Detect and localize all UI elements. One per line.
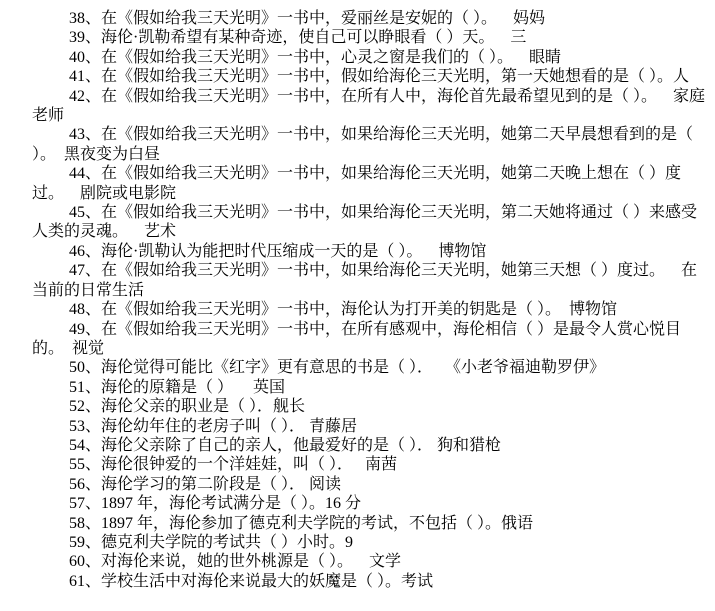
document-page: 38、在《假如给我三天光明》一书中，爱丽丝是安妮的（ ）。 妈妈 39、海伦·凯… — [0, 0, 715, 611]
question-separator: 、 — [85, 456, 101, 473]
question-number: 47 — [69, 262, 85, 279]
question-item: 53、海伦幼年住的老房子叫（ ）． 青藤居 — [32, 417, 711, 436]
question-separator: 、 — [85, 495, 101, 512]
question-text: 在《假如给我三天光明》一书中，海伦认为打开美的钥匙是（ ）。 — [101, 301, 561, 318]
question-item: 59、德克利夫学院的考试共（ ）小时。9 — [32, 533, 711, 552]
question-separator: 、 — [85, 301, 101, 318]
question-item: 42、在《假如给我三天光明》一书中，在所有人中，海伦首先最希望见到的是（ ）。 … — [32, 87, 711, 126]
question-text: 海伦·凯勒认为能把时代压缩成一天的是（ ）。 — [101, 243, 422, 260]
question-text: 在《假如给我三天光明》一书中，假如给海伦三天光明，第一天她想看的是（ ）。 — [101, 68, 673, 85]
question-item: 52、海伦父亲的职业是（ ）．舰长 — [32, 397, 711, 416]
answer-gap — [657, 88, 673, 105]
question-number: 52 — [69, 398, 85, 415]
question-answer: 9 — [345, 534, 353, 551]
question-separator: 、 — [85, 359, 101, 376]
question-answer: 黑夜变为白昼 — [64, 146, 160, 163]
answer-gap — [64, 185, 80, 202]
question-answer: 英国 — [253, 379, 285, 396]
question-text: 海伦觉得可能比《红字》更有意思的书是（ ）． — [101, 359, 433, 376]
question-answer: 视觉 — [72, 340, 104, 357]
question-number: 49 — [69, 321, 85, 338]
question-number: 43 — [69, 126, 85, 143]
question-text: 1897 年，海伦参加了德克利夫学院的考试，不包括（ ）。 — [101, 515, 501, 532]
answer-gap — [422, 243, 438, 260]
question-item: 41、在《假如给我三天光明》一书中，假如给海伦三天光明，第一天她想看的是（ ）。… — [32, 67, 711, 86]
answer-gap — [128, 223, 144, 240]
question-item: 54、海伦父亲除了自己的亲人，他最爱好的是（ ）． 狗和猎枪 — [32, 436, 711, 455]
question-answer: 考试 — [401, 573, 433, 590]
question-separator: 、 — [85, 534, 101, 551]
question-text: 在《假如给我三天光明》一书中，在所有人中，海伦首先最希望见到的是（ ）。 — [101, 88, 657, 105]
question-answer: 三 — [510, 29, 526, 46]
question-answer: 博物馆 — [438, 243, 486, 260]
answer-gap — [353, 553, 369, 570]
question-number: 40 — [69, 49, 85, 66]
question-separator: 、 — [85, 262, 101, 279]
question-answer: 妈妈 — [513, 10, 545, 27]
question-item: 55、海伦很钟爱的一个洋娃娃，叫（ ）． 南茜 — [32, 455, 711, 474]
question-number: 60 — [69, 553, 85, 570]
question-item: 61、学校生活中对海伦来说最大的妖魔是（ ）。考试 — [32, 572, 711, 591]
question-answer: 艺术 — [144, 223, 176, 240]
question-answer: 文学 — [369, 553, 401, 570]
question-number: 46 — [69, 243, 85, 260]
question-answer: 16 分 — [325, 495, 361, 512]
question-answer: 博物馆 — [569, 301, 617, 318]
question-item: 45、在《假如给我三天光明》一书中，如果给海伦三天光明，第二天她将通过（ ）来感… — [32, 203, 711, 242]
question-number: 57 — [69, 495, 85, 512]
question-item: 60、对海伦来说，她的世外桃源是（ ）。 文学 — [32, 552, 711, 571]
question-item: 58、1897 年，海伦参加了德克利夫学院的考试，不包括（ ）。俄语 — [32, 514, 711, 533]
answer-gap — [64, 340, 72, 357]
question-text: 1897 年，海伦考试满分是（ ）。 — [101, 495, 325, 512]
question-text: 在《假如给我三天光明》一书中，在所有感观中，海伦相信（ ）是最令人赏心悦目的。 — [32, 321, 681, 357]
question-text: 学校生活中对海伦来说最大的妖魔是（ ）。 — [101, 573, 401, 590]
question-answer: 人 — [673, 68, 689, 85]
question-separator: 、 — [85, 68, 101, 85]
answer-gap — [494, 29, 510, 46]
question-separator: 、 — [85, 88, 101, 105]
question-answer: 南茜 — [365, 456, 397, 473]
question-text: 海伦很钟爱的一个洋娃娃，叫（ ）． — [101, 456, 353, 473]
question-item: 51、海伦的原籍是（ ） 英国 — [32, 378, 711, 397]
question-separator: 、 — [85, 243, 101, 260]
answer-gap — [433, 359, 445, 376]
question-separator: 、 — [85, 437, 101, 454]
question-number: 39 — [69, 29, 85, 46]
question-item: 49、在《假如给我三天光明》一书中，在所有感观中，海伦相信（ ）是最令人赏心悦目… — [32, 320, 711, 359]
question-number: 45 — [69, 204, 85, 221]
question-number: 61 — [69, 573, 85, 590]
question-separator: 、 — [85, 573, 101, 590]
question-number: 48 — [69, 301, 85, 318]
question-number: 55 — [69, 456, 85, 473]
question-text: 在《假如给我三天光明》一书中，如果给海伦三天光明，她第三天想（ ）度过。 — [101, 262, 665, 279]
question-separator: 、 — [85, 321, 101, 338]
question-number: 38 — [69, 10, 85, 27]
answer-gap — [497, 10, 513, 27]
question-answer: 舰长 — [273, 398, 305, 415]
answer-gap — [233, 379, 253, 396]
question-separator: 、 — [85, 476, 101, 493]
question-separator: 、 — [85, 379, 101, 396]
question-number: 59 — [69, 534, 85, 551]
question-separator: 、 — [85, 126, 101, 143]
question-text: 德克利夫学院的考试共（ ）小时。 — [101, 534, 345, 551]
question-item: 46、海伦·凯勒认为能把时代压缩成一天的是（ ）。 博物馆 — [32, 242, 711, 261]
question-number: 54 — [69, 437, 85, 454]
question-answer: 阅读 — [309, 476, 341, 493]
question-text: 对海伦来说，她的世外桃源是（ ）。 — [101, 553, 353, 570]
answer-gap — [561, 301, 569, 318]
question-text: 海伦的原籍是（ ） — [101, 379, 233, 396]
question-text: 海伦父亲除了自己的亲人，他最爱好的是（ ）． — [101, 437, 433, 454]
answer-gap — [513, 49, 529, 66]
question-separator: 、 — [85, 29, 101, 46]
question-item: 48、在《假如给我三天光明》一书中，海伦认为打开美的钥匙是（ ）。 博物馆 — [32, 300, 711, 319]
question-number: 50 — [69, 359, 85, 376]
question-number: 58 — [69, 515, 85, 532]
question-answer: 眼睛 — [529, 49, 561, 66]
question-item: 44、在《假如给我三天光明》一书中，如果给海伦三天光明，她第二天晚上想在（ ）度… — [32, 164, 711, 203]
question-text: 在《假如给我三天光明》一书中，爱丽丝是安妮的（ ）。 — [101, 10, 497, 27]
question-item: 50、海伦觉得可能比《红字》更有意思的书是（ ）． 《小老爷福迪勒罗伊》 — [32, 358, 711, 377]
answer-gap — [665, 262, 681, 279]
question-separator: 、 — [85, 515, 101, 532]
question-number: 42 — [69, 88, 85, 105]
question-number: 53 — [69, 418, 85, 435]
question-text: 海伦·凯勒希望有某种奇迹，使自己可以睁眼看（ ）天。 — [101, 29, 494, 46]
question-answer: 青藤居 — [309, 418, 357, 435]
question-answer: 狗和猎枪 — [437, 437, 501, 454]
question-answer: 剧院或电影院 — [80, 185, 176, 202]
question-text: 在《假如给我三天光明》一书中，心灵之窗是我们的（ ）。 — [101, 49, 513, 66]
question-text: 海伦学习的第二阶段是（ ）． — [101, 476, 305, 493]
question-item: 47、在《假如给我三天光明》一书中，如果给海伦三天光明，她第三天想（ ）度过。 … — [32, 261, 711, 300]
question-separator: 、 — [85, 10, 101, 27]
question-item: 40、在《假如给我三天光明》一书中，心灵之窗是我们的（ ）。 眼睛 — [32, 48, 711, 67]
question-answer: 俄语 — [501, 515, 533, 532]
question-item: 56、海伦学习的第二阶段是（ ）． 阅读 — [32, 475, 711, 494]
question-number: 56 — [69, 476, 85, 493]
answer-gap — [353, 456, 365, 473]
question-answer: 《小老爷福迪勒罗伊》 — [445, 359, 605, 376]
question-item: 57、1897 年，海伦考试满分是（ ）。16 分 — [32, 494, 711, 513]
question-item: 39、海伦·凯勒希望有某种奇迹，使自己可以睁眼看（ ）天。 三 — [32, 28, 711, 47]
question-separator: 、 — [85, 49, 101, 66]
question-number: 41 — [69, 68, 85, 85]
question-separator: 、 — [85, 165, 101, 182]
question-separator: 、 — [85, 418, 101, 435]
question-number: 51 — [69, 379, 85, 396]
answer-gap — [56, 146, 64, 163]
question-text: 海伦父亲的职业是（ ）． — [101, 398, 273, 415]
question-item: 43、在《假如给我三天光明》一书中，如果给海伦三天光明，她第二天早晨想看到的是（… — [32, 125, 711, 164]
question-number: 44 — [69, 165, 85, 182]
question-list: 38、在《假如给我三天光明》一书中，爱丽丝是安妮的（ ）。 妈妈 39、海伦·凯… — [32, 9, 711, 591]
question-separator: 、 — [85, 204, 101, 221]
question-separator: 、 — [85, 398, 101, 415]
question-text: 海伦幼年住的老房子叫（ ）． — [101, 418, 305, 435]
question-item: 38、在《假如给我三天光明》一书中，爱丽丝是安妮的（ ）。 妈妈 — [32, 9, 711, 28]
question-separator: 、 — [85, 553, 101, 570]
